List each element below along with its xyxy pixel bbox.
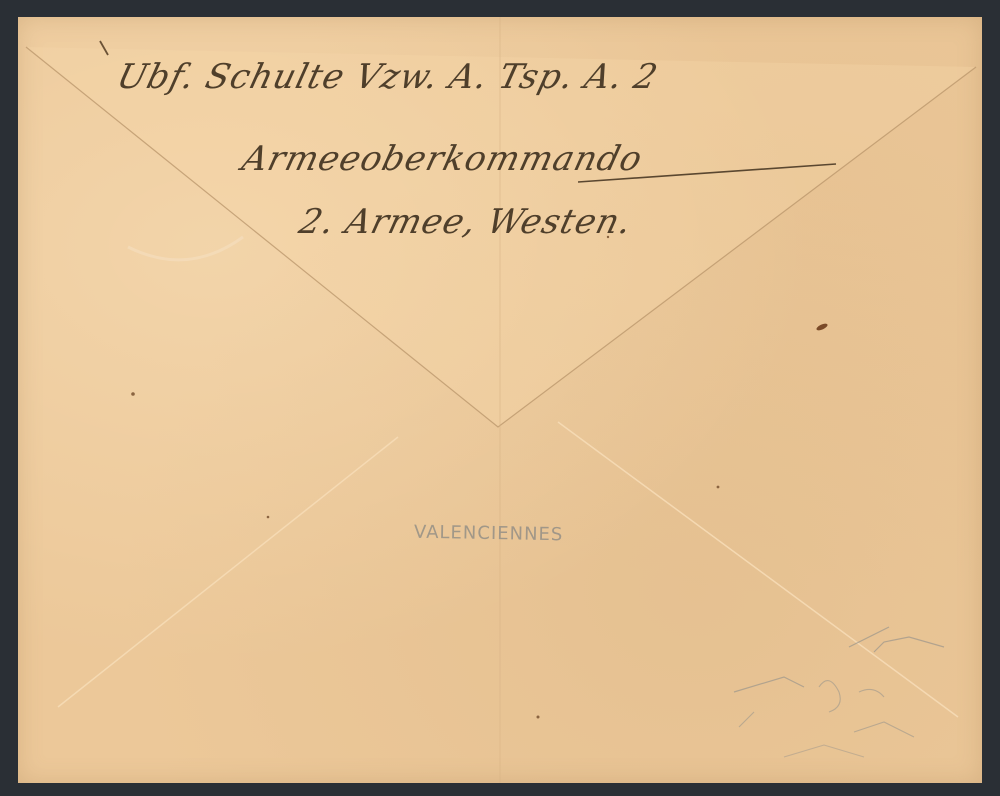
sender-name-line: Ubf. Schulte Vzw. A. Tsp. A. 2	[113, 57, 662, 97]
pencil-place-name: VALENCIENNES	[414, 522, 564, 546]
sender-army-line: 2. Armee, Westen.	[295, 202, 636, 242]
pencil-scribble-marks	[724, 617, 974, 777]
underline-flourish	[578, 160, 838, 190]
scanned-envelope: Ubf. Schulte Vzw. A. Tsp. A. 2 Armeeober…	[0, 0, 1000, 796]
envelope-back: Ubf. Schulte Vzw. A. Tsp. A. 2 Armeeober…	[18, 17, 982, 783]
